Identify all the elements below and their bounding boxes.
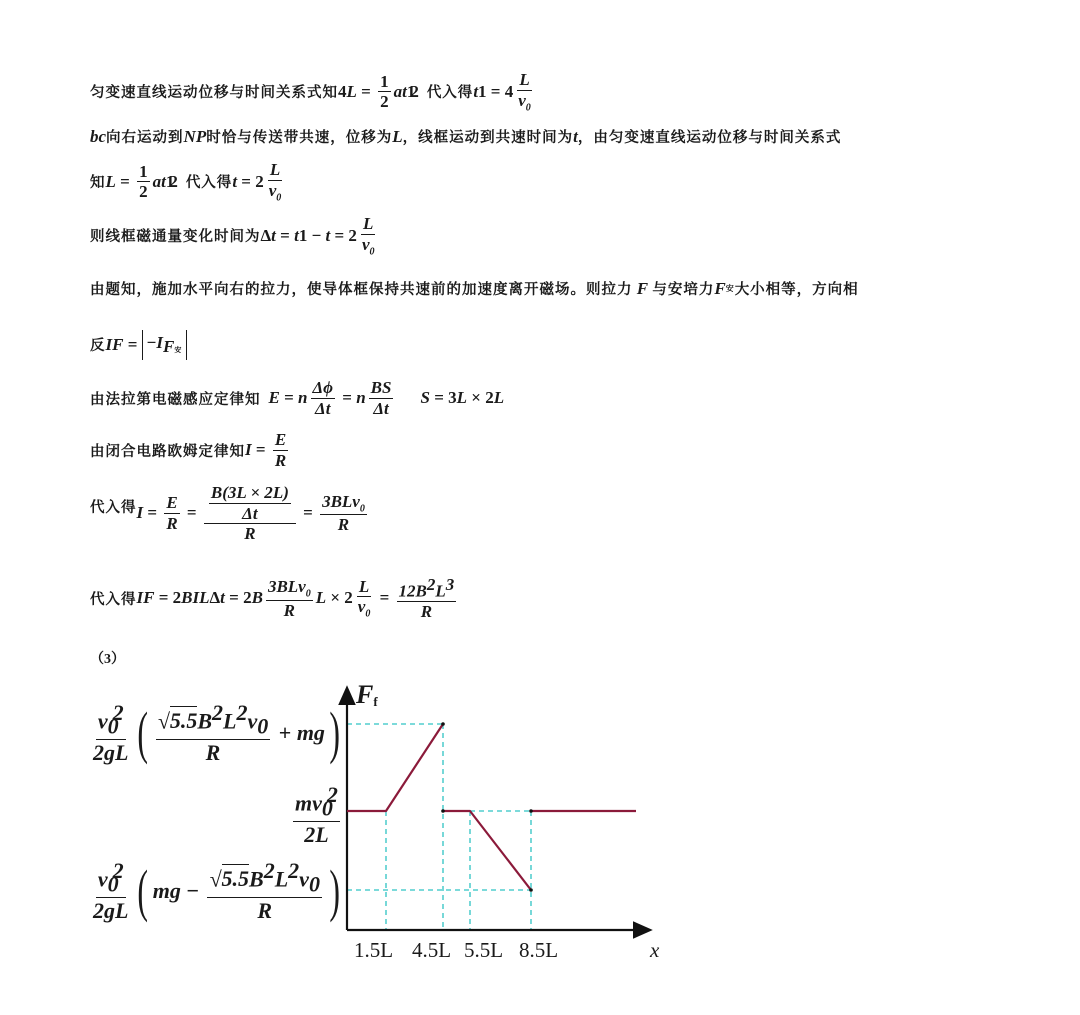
x-tick-2: 4.5L <box>412 938 451 963</box>
dashed-guide-lines <box>347 724 531 930</box>
x-tick-1: 1.5L <box>354 938 393 963</box>
x-axis-title: x <box>650 938 659 963</box>
y-tick-label-mid: mv022L <box>290 782 343 847</box>
series-Ff <box>347 724 636 890</box>
y-tick-label-max: v022gL ( √5.5B2L2v0R + mg ) <box>88 700 344 765</box>
y-axis-title: Ff <box>356 680 378 710</box>
y-tick-label-min: v022gL ( mg − √5.5B2L2v0R ) <box>88 858 344 923</box>
x-tick-3: 5.5L <box>464 938 503 963</box>
x-tick-4: 8.5L <box>519 938 558 963</box>
